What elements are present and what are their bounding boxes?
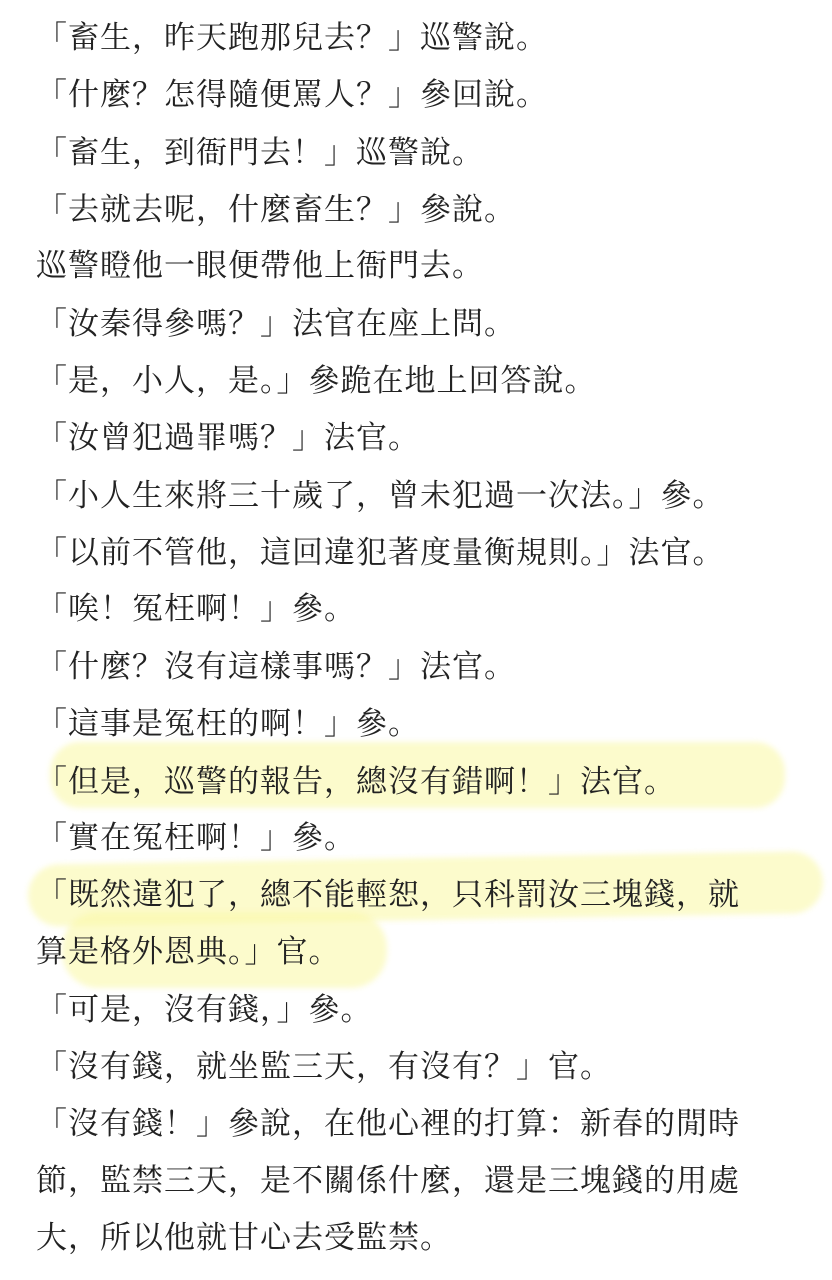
text-line: 「唉！冤枉啊！」參。 [36,589,356,629]
text-line: 「什麼？怎得隨便罵人？」參回說。 [36,75,548,115]
text-line: 大，所以他就甘心去受監禁。 [36,1218,452,1258]
text-line: 巡警瞪他一眼便帶他上衙門去。 [36,246,484,286]
text-line: 「沒有錢！」參說，在他心裡的打算：新春的閒時 [36,1104,740,1144]
text-line: 「汝曾犯過罪嗎？」法官。 [36,418,420,458]
text-line: 「小人生來將三十歲了，曾未犯過一次法。」參。 [36,476,725,516]
highlighted-text-line: 「但是，巡警的報告，總沒有錯啊！」法官。 [36,762,676,802]
text-line: 「畜生，到衙門去！」巡警說。 [36,133,484,173]
text-line: 「汝秦得參嗎？」法官在座上問。 [36,304,516,344]
text-line: 「什麼？沒有這樣事嗎？」法官。 [36,647,516,687]
text-line: 「實在冤枉啊！」參。 [36,818,356,858]
highlighted-text-line: 「既然違犯了，總不能輕恕，只科罰汝三塊錢，就 [36,875,740,915]
text-line: 「這事是冤枉的啊！」參。 [36,704,420,744]
text-line: 「畜生，昨天跑那兒去？」巡警說。 [36,18,548,58]
text-line: 「以前不管他，這回違犯著度量衡規則。」法官。 [36,533,725,573]
highlighted-text-line: 算是格外恩典。」官。 [36,932,341,972]
text-line: 節，監禁三天，是不關係什麼，還是三塊錢的用處 [36,1161,740,1201]
document-page: 「畜生，昨天跑那兒去？」巡警說。 「什麼？怎得隨便罵人？」參回說。 「畜生，到衙… [0,0,832,1280]
text-line: 「可是，沒有錢，」參。 [36,990,373,1030]
text-line: 「去就去呢，什麼畜生？」參說。 [36,190,516,230]
text-line: 「是，小人，是。」參跪在地上回答說。 [36,361,597,401]
text-line: 「沒有錢，就坐監三天，有沒有？」官。 [36,1047,612,1087]
